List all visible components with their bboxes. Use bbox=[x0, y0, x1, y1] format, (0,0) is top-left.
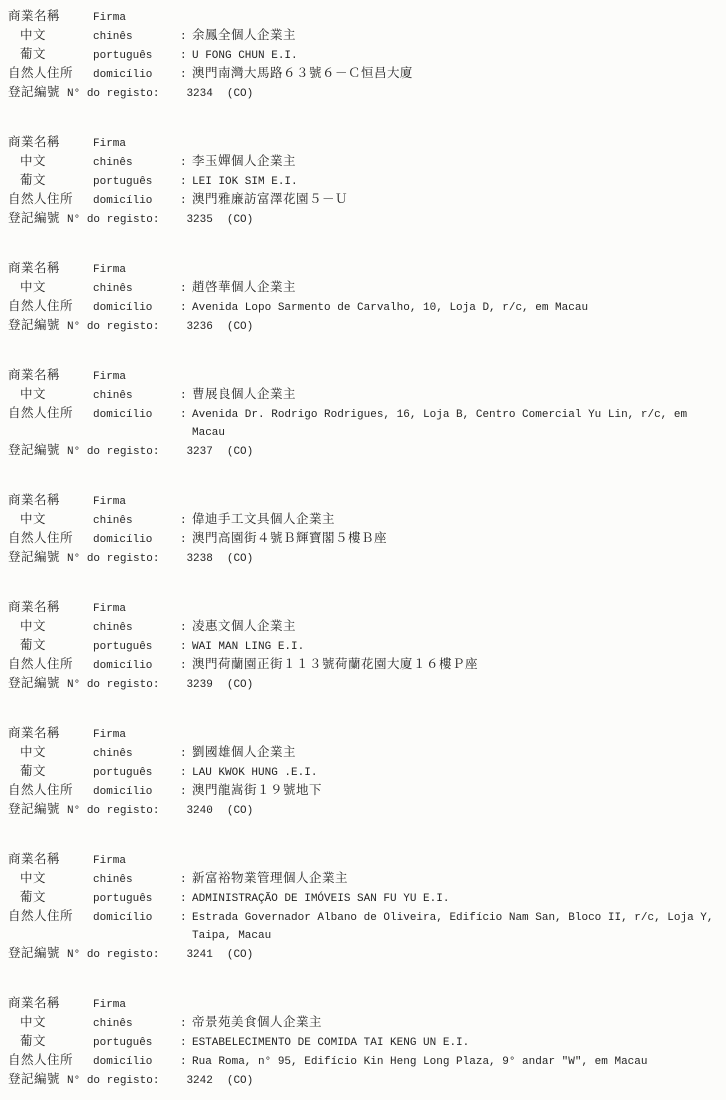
portuguese-name-row: 葡文 português : ADMINISTRAÇÃO DE IMÓVEIS … bbox=[8, 889, 720, 908]
chinese-name-value: 新富裕物業管理個人企業主 bbox=[192, 870, 716, 888]
registry-record: 商業名稱 Firma 中文 chinês : 新富裕物業管理個人企業主 葡文 p… bbox=[8, 851, 720, 964]
registry-page: 商業名稱 Firma 中文 chinês : 余鳳全個人企業主 葡文 portu… bbox=[0, 0, 726, 1100]
chinese-name-row: 中文 chinês : 李玉嬋個人企業主 bbox=[8, 153, 720, 172]
registry-label-pt: N° do registo: bbox=[67, 676, 159, 694]
firma-label-zh: 商業名稱 bbox=[8, 851, 93, 869]
colon: : bbox=[180, 657, 192, 675]
domicile-row: 自然人住所 domicílio : Rua Roma, n° 95, Edifí… bbox=[8, 1052, 720, 1071]
colon: : bbox=[180, 299, 192, 317]
colon: : bbox=[180, 638, 192, 656]
firma-label-pt: Firma bbox=[93, 135, 180, 153]
chinese-name-row: 中文 chinês : 劉國雄個人企業主 bbox=[8, 744, 720, 763]
registry-row: 登記編號 N° do registo: 3241 (CO) bbox=[8, 945, 720, 964]
portuguese-name-value: ESTABELECIMENTO DE COMIDA TAI KENG UN E.… bbox=[192, 1034, 716, 1052]
domicile-label-zh: 自然人住所 bbox=[8, 191, 93, 209]
registry-suffix: (CO) bbox=[227, 85, 253, 103]
portuguese-label-zh: 葡文 bbox=[8, 1033, 93, 1051]
registry-number: 3237 bbox=[186, 443, 212, 461]
domicile-label-pt: domicílio bbox=[93, 1053, 180, 1071]
registry-label-zh: 登記編號 bbox=[8, 549, 60, 567]
colon: : bbox=[180, 531, 192, 549]
colon: : bbox=[180, 745, 192, 763]
colon: : bbox=[180, 154, 192, 172]
chinese-name-value: 凌惠文個人企業主 bbox=[192, 618, 716, 636]
domicile-row: 自然人住所 domicílio : 澳門荷蘭園正街１１３號荷蘭花園大廈１６樓Ｐ座 bbox=[8, 656, 720, 675]
domicile-row: 自然人住所 domicílio : Avenida Dr. Rodrigo Ro… bbox=[8, 405, 720, 442]
portuguese-label-zh: 葡文 bbox=[8, 763, 93, 781]
domicile-label-zh: 自然人住所 bbox=[8, 656, 93, 674]
domicile-label-pt: domicílio bbox=[93, 299, 180, 317]
firma-label-zh: 商業名稱 bbox=[8, 8, 93, 26]
domicile-value: 澳門龍嵩街１９號地下 bbox=[192, 782, 716, 800]
registry-label-zh: 登記編號 bbox=[8, 317, 60, 335]
firma-label-zh: 商業名稱 bbox=[8, 995, 93, 1013]
domicile-label-pt: domicílio bbox=[93, 909, 180, 927]
domicile-value: Rua Roma, n° 95, Edifício Kin Heng Long … bbox=[192, 1053, 716, 1071]
domicile-label-pt: domicílio bbox=[93, 66, 180, 84]
chinese-label-pt: chinês bbox=[93, 154, 180, 172]
chinese-name-row: 中文 chinês : 新富裕物業管理個人企業主 bbox=[8, 870, 720, 889]
registry-row: 登記編號 N° do registo: 3235 (CO) bbox=[8, 210, 720, 229]
colon: : bbox=[180, 1034, 192, 1052]
firma-row: 商業名稱 Firma bbox=[8, 599, 720, 618]
chinese-name-value: 帝景苑美食個人企業主 bbox=[192, 1014, 716, 1032]
firma-row: 商業名稱 Firma bbox=[8, 367, 720, 386]
chinese-label-pt: chinês bbox=[93, 745, 180, 763]
portuguese-name-row: 葡文 português : LAU KWOK HUNG .E.I. bbox=[8, 763, 720, 782]
domicile-label-zh: 自然人住所 bbox=[8, 908, 93, 926]
domicile-row: 自然人住所 domicílio : Avenida Lopo Sarmento … bbox=[8, 298, 720, 317]
registry-label-pt: N° do registo: bbox=[67, 550, 159, 568]
portuguese-label-zh: 葡文 bbox=[8, 889, 93, 907]
firma-label-pt: Firma bbox=[93, 9, 180, 27]
domicile-label-zh: 自然人住所 bbox=[8, 298, 93, 316]
colon: : bbox=[180, 406, 192, 424]
registry-number: 3242 bbox=[186, 1072, 212, 1090]
firma-row: 商業名稱 Firma bbox=[8, 725, 720, 744]
chinese-label-zh: 中文 bbox=[8, 618, 93, 636]
chinese-label-zh: 中文 bbox=[8, 744, 93, 762]
domicile-value: 澳門南灣大馬路６３號６－Ｃ恒昌大廈 bbox=[192, 65, 716, 83]
chinese-label-zh: 中文 bbox=[8, 27, 93, 45]
colon: : bbox=[180, 764, 192, 782]
chinese-label-zh: 中文 bbox=[8, 279, 93, 297]
portuguese-name-value: LEI IOK SIM E.I. bbox=[192, 173, 716, 191]
registry-label-zh: 登記編號 bbox=[8, 84, 60, 102]
portuguese-label-zh: 葡文 bbox=[8, 637, 93, 655]
chinese-label-zh: 中文 bbox=[8, 1014, 93, 1032]
registry-label-zh: 登記編號 bbox=[8, 210, 60, 228]
colon: : bbox=[180, 783, 192, 801]
chinese-name-value: 余鳳全個人企業主 bbox=[192, 27, 716, 45]
domicile-label-zh: 自然人住所 bbox=[8, 405, 93, 423]
firma-label-pt: Firma bbox=[93, 852, 180, 870]
firma-label-pt: Firma bbox=[93, 600, 180, 618]
registry-row: 登記編號 N° do registo: 3238 (CO) bbox=[8, 549, 720, 568]
chinese-name-row: 中文 chinês : 曹展良個人企業主 bbox=[8, 386, 720, 405]
domicile-label-pt: domicílio bbox=[93, 783, 180, 801]
registry-label-pt: N° do registo: bbox=[67, 946, 159, 964]
chinese-label-pt: chinês bbox=[93, 387, 180, 405]
portuguese-label-pt: português bbox=[93, 764, 180, 782]
registry-record: 商業名稱 Firma 中文 chinês : 偉迪手工文具個人企業主 自然人住所… bbox=[8, 492, 720, 568]
portuguese-label-zh: 葡文 bbox=[8, 172, 93, 190]
firma-row: 商業名稱 Firma bbox=[8, 492, 720, 511]
domicile-label-zh: 自然人住所 bbox=[8, 530, 93, 548]
portuguese-name-value: ADMINISTRAÇÃO DE IMÓVEIS SAN FU YU E.I. bbox=[192, 890, 716, 908]
domicile-label-pt: domicílio bbox=[93, 531, 180, 549]
registry-number: 3238 bbox=[186, 550, 212, 568]
colon: : bbox=[180, 1015, 192, 1033]
registry-label-zh: 登記編號 bbox=[8, 442, 60, 460]
colon: : bbox=[180, 192, 192, 210]
registry-label-pt: N° do registo: bbox=[67, 85, 159, 103]
domicile-value: 澳門高園街４號Ｂ輝寶閣５樓Ｂ座 bbox=[192, 530, 716, 548]
portuguese-name-row: 葡文 português : ESTABELECIMENTO DE COMIDA… bbox=[8, 1033, 720, 1052]
chinese-name-row: 中文 chinês : 凌惠文個人企業主 bbox=[8, 618, 720, 637]
chinese-name-value: 偉迪手工文具個人企業主 bbox=[192, 511, 716, 529]
registry-suffix: (CO) bbox=[227, 443, 253, 461]
chinese-label-pt: chinês bbox=[93, 619, 180, 637]
registry-row: 登記編號 N° do registo: 3242 (CO) bbox=[8, 1071, 720, 1090]
registry-number: 3234 bbox=[186, 85, 212, 103]
registry-record: 商業名稱 Firma 中文 chinês : 帝景苑美食個人企業主 葡文 por… bbox=[8, 995, 720, 1090]
domicile-row: 自然人住所 domicílio : 澳門南灣大馬路６３號６－Ｃ恒昌大廈 bbox=[8, 65, 720, 84]
registry-number: 3239 bbox=[186, 676, 212, 694]
registry-number: 3235 bbox=[186, 211, 212, 229]
firma-label-pt: Firma bbox=[93, 996, 180, 1014]
registry-row: 登記編號 N° do registo: 3234 (CO) bbox=[8, 84, 720, 103]
colon: : bbox=[180, 619, 192, 637]
chinese-label-pt: chinês bbox=[93, 1015, 180, 1033]
chinese-label-pt: chinês bbox=[93, 28, 180, 46]
portuguese-label-pt: português bbox=[93, 47, 180, 65]
colon: : bbox=[180, 47, 192, 65]
firma-label-zh: 商業名稱 bbox=[8, 599, 93, 617]
chinese-name-row: 中文 chinês : 余鳳全個人企業主 bbox=[8, 27, 720, 46]
registry-label-zh: 登記編號 bbox=[8, 945, 60, 963]
portuguese-name-value: WAI MAN LING E.I. bbox=[192, 638, 716, 656]
firma-label-pt: Firma bbox=[93, 493, 180, 511]
domicile-value: Avenida Dr. Rodrigo Rodrigues, 16, Loja … bbox=[192, 406, 716, 442]
registry-label-zh: 登記編號 bbox=[8, 801, 60, 819]
registry-label-pt: N° do registo: bbox=[67, 443, 159, 461]
domicile-row: 自然人住所 domicílio : 澳門龍嵩街１９號地下 bbox=[8, 782, 720, 801]
portuguese-label-pt: português bbox=[93, 1034, 180, 1052]
domicile-label-zh: 自然人住所 bbox=[8, 1052, 93, 1070]
chinese-label-pt: chinês bbox=[93, 512, 180, 530]
firma-row: 商業名稱 Firma bbox=[8, 260, 720, 279]
colon: : bbox=[180, 512, 192, 530]
colon: : bbox=[180, 890, 192, 908]
colon: : bbox=[180, 909, 192, 927]
domicile-row: 自然人住所 domicílio : 澳門雅廉訪富澤花園５－Ｕ bbox=[8, 191, 720, 210]
registry-number: 3236 bbox=[186, 318, 212, 336]
firma-label-zh: 商業名稱 bbox=[8, 260, 93, 278]
portuguese-name-row: 葡文 português : LEI IOK SIM E.I. bbox=[8, 172, 720, 191]
domicile-label-pt: domicílio bbox=[93, 657, 180, 675]
domicile-value: Avenida Lopo Sarmento de Carvalho, 10, L… bbox=[192, 299, 716, 317]
firma-row: 商業名稱 Firma bbox=[8, 134, 720, 153]
registry-row: 登記編號 N° do registo: 3240 (CO) bbox=[8, 801, 720, 820]
registry-number: 3241 bbox=[186, 946, 212, 964]
domicile-value: 澳門雅廉訪富澤花園５－Ｕ bbox=[192, 191, 716, 209]
registry-record: 商業名稱 Firma 中文 chinês : 余鳳全個人企業主 葡文 portu… bbox=[8, 8, 720, 103]
chinese-label-zh: 中文 bbox=[8, 870, 93, 888]
portuguese-name-value: U FONG CHUN E.I. bbox=[192, 47, 716, 65]
registry-record: 商業名稱 Firma 中文 chinês : 李玉嬋個人企業主 葡文 portu… bbox=[8, 134, 720, 229]
chinese-label-zh: 中文 bbox=[8, 386, 93, 404]
firma-row: 商業名稱 Firma bbox=[8, 8, 720, 27]
registry-label-zh: 登記編號 bbox=[8, 675, 60, 693]
registry-record: 商業名稱 Firma 中文 chinês : 劉國雄個人企業主 葡文 portu… bbox=[8, 725, 720, 820]
registry-row: 登記編號 N° do registo: 3236 (CO) bbox=[8, 317, 720, 336]
chinese-name-row: 中文 chinês : 趙啓華個人企業主 bbox=[8, 279, 720, 298]
registry-number: 3240 bbox=[186, 802, 212, 820]
registry-suffix: (CO) bbox=[227, 211, 253, 229]
firma-label-zh: 商業名稱 bbox=[8, 492, 93, 510]
portuguese-name-row: 葡文 português : U FONG CHUN E.I. bbox=[8, 46, 720, 65]
registry-suffix: (CO) bbox=[227, 802, 253, 820]
chinese-name-value: 劉國雄個人企業主 bbox=[192, 744, 716, 762]
portuguese-label-pt: português bbox=[93, 890, 180, 908]
registry-record: 商業名稱 Firma 中文 chinês : 趙啓華個人企業主 自然人住所 do… bbox=[8, 260, 720, 336]
chinese-label-zh: 中文 bbox=[8, 153, 93, 171]
firma-label-pt: Firma bbox=[93, 368, 180, 386]
registry-label-pt: N° do registo: bbox=[67, 318, 159, 336]
registry-record: 商業名稱 Firma 中文 chinês : 曹展良個人企業主 自然人住所 do… bbox=[8, 367, 720, 461]
portuguese-label-pt: português bbox=[93, 173, 180, 191]
registry-suffix: (CO) bbox=[227, 318, 253, 336]
firma-row: 商業名稱 Firma bbox=[8, 851, 720, 870]
registry-row: 登記編號 N° do registo: 3237 (CO) bbox=[8, 442, 720, 461]
registry-label-zh: 登記編號 bbox=[8, 1071, 60, 1089]
registry-suffix: (CO) bbox=[227, 550, 253, 568]
firma-row: 商業名稱 Firma bbox=[8, 995, 720, 1014]
colon: : bbox=[180, 173, 192, 191]
colon: : bbox=[180, 871, 192, 889]
portuguese-name-value: LAU KWOK HUNG .E.I. bbox=[192, 764, 716, 782]
portuguese-label-zh: 葡文 bbox=[8, 46, 93, 64]
domicile-label-pt: domicílio bbox=[93, 192, 180, 210]
domicile-row: 自然人住所 domicílio : 澳門高園街４號Ｂ輝寶閣５樓Ｂ座 bbox=[8, 530, 720, 549]
registry-suffix: (CO) bbox=[227, 676, 253, 694]
registry-suffix: (CO) bbox=[227, 1072, 253, 1090]
registry-suffix: (CO) bbox=[227, 946, 253, 964]
registry-record: 商業名稱 Firma 中文 chinês : 凌惠文個人企業主 葡文 portu… bbox=[8, 599, 720, 694]
domicile-label-pt: domicílio bbox=[93, 406, 180, 424]
firma-label-pt: Firma bbox=[93, 726, 180, 744]
portuguese-label-pt: português bbox=[93, 638, 180, 656]
colon: : bbox=[180, 28, 192, 46]
domicile-value: Estrada Governador Albano de Oliveira, E… bbox=[192, 909, 716, 945]
chinese-name-value: 曹展良個人企業主 bbox=[192, 386, 716, 404]
registry-label-pt: N° do registo: bbox=[67, 1072, 159, 1090]
colon: : bbox=[180, 1053, 192, 1071]
chinese-label-pt: chinês bbox=[93, 871, 180, 889]
firma-label-zh: 商業名稱 bbox=[8, 134, 93, 152]
firma-label-zh: 商業名稱 bbox=[8, 725, 93, 743]
domicile-value: 澳門荷蘭園正街１１３號荷蘭花園大廈１６樓Ｐ座 bbox=[192, 656, 716, 674]
chinese-name-row: 中文 chinês : 帝景苑美食個人企業主 bbox=[8, 1014, 720, 1033]
chinese-label-pt: chinês bbox=[93, 280, 180, 298]
chinese-name-value: 李玉嬋個人企業主 bbox=[192, 153, 716, 171]
firma-label-zh: 商業名稱 bbox=[8, 367, 93, 385]
domicile-row: 自然人住所 domicílio : Estrada Governador Alb… bbox=[8, 908, 720, 945]
colon: : bbox=[180, 280, 192, 298]
chinese-name-row: 中文 chinês : 偉迪手工文具個人企業主 bbox=[8, 511, 720, 530]
portuguese-name-row: 葡文 português : WAI MAN LING E.I. bbox=[8, 637, 720, 656]
colon: : bbox=[180, 66, 192, 84]
chinese-label-zh: 中文 bbox=[8, 511, 93, 529]
firma-label-pt: Firma bbox=[93, 261, 180, 279]
chinese-name-value: 趙啓華個人企業主 bbox=[192, 279, 716, 297]
registry-row: 登記編號 N° do registo: 3239 (CO) bbox=[8, 675, 720, 694]
registry-label-pt: N° do registo: bbox=[67, 211, 159, 229]
domicile-label-zh: 自然人住所 bbox=[8, 782, 93, 800]
registry-label-pt: N° do registo: bbox=[67, 802, 159, 820]
domicile-label-zh: 自然人住所 bbox=[8, 65, 93, 83]
colon: : bbox=[180, 387, 192, 405]
